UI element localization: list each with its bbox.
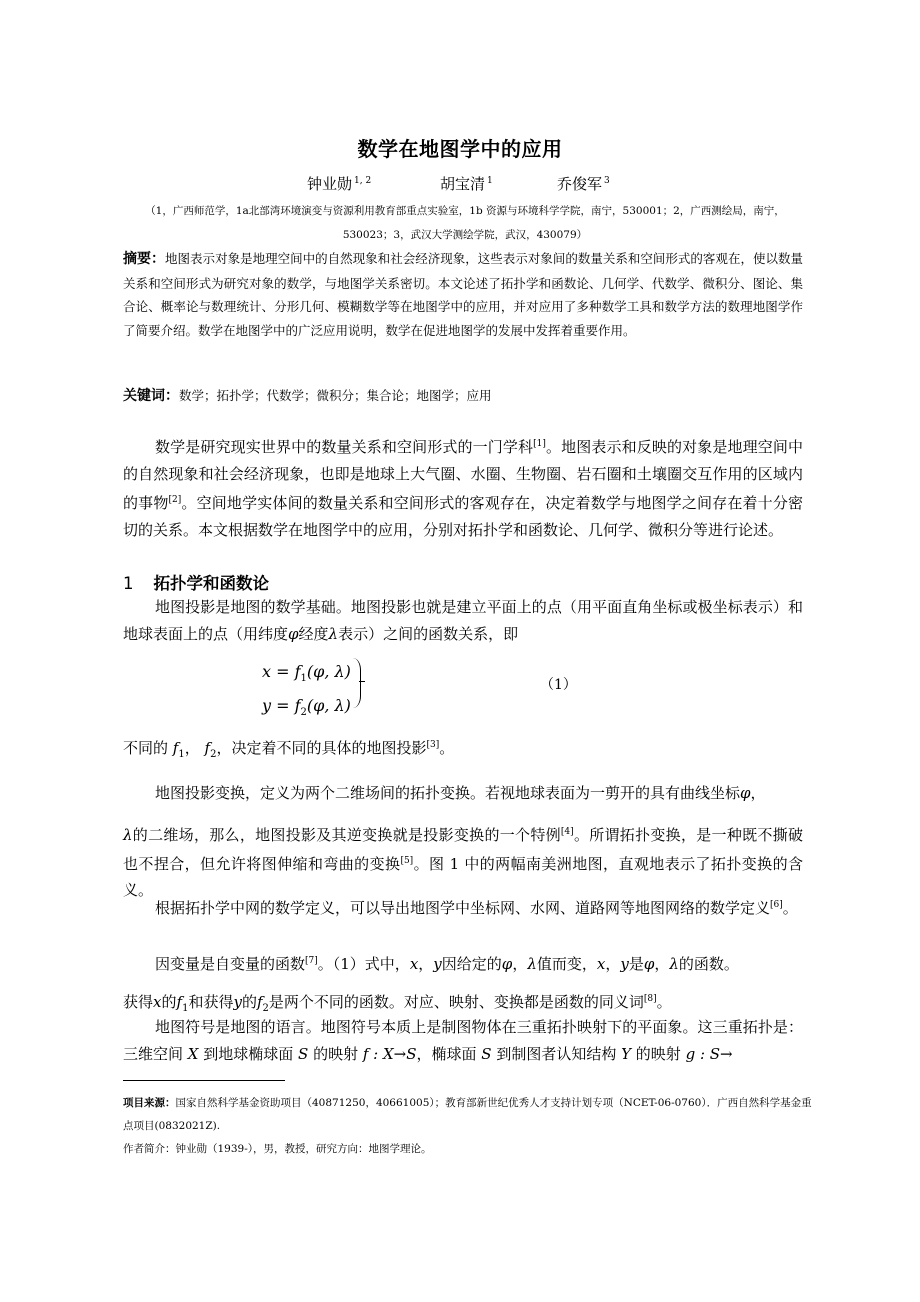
brace-tip <box>359 681 365 682</box>
footnote-author-bio: 作者简介：钟业勋（1939-），男，教授，研究方向：地图学理论。 <box>123 1138 813 1161</box>
footnote-divider <box>123 1080 285 1081</box>
document-page: 数学在地图学中的应用 钟业勋1, 2 胡宝清1 乔俊军3 （1，广西师范学，1a… <box>0 0 920 1302</box>
paragraph-topology: 地图投影变换，定义为两个二维场间的拓扑变换。若视地球表面为一剪开的具有曲线坐标φ… <box>123 780 803 903</box>
section-heading: 1拓扑学和函数论 <box>123 570 269 594</box>
paragraph-projection: 地图投影是地图的数学基础。地图投影也就是建立平面上的点（用平面直角坐标或极坐标表… <box>123 594 803 647</box>
citation[interactable]: [3] <box>426 740 439 750</box>
paragraph-symbols: 地图符号是地图的语言。地图符号本质上是制图物体在三重拓扑映射下的平面象。这三重拓… <box>123 1014 803 1067</box>
keywords-label: 关键词： <box>123 388 179 404</box>
citation[interactable]: [6] <box>770 900 783 910</box>
paragraph-network: 根据拓扑学中网的数学定义，可以导出地图学中坐标网、水网、道路网等地图网络的数学定… <box>123 892 803 922</box>
citation[interactable]: [5] <box>400 856 413 866</box>
funding-label: 项目来源： <box>123 1097 176 1109</box>
citation[interactable]: [7] <box>305 956 318 966</box>
affiliation-line-1: （1，广西师范学，1a北部湾环境演变与资源利用教育部重点实验室，1b 资源与环境… <box>115 199 815 223</box>
equation-1: x = f1(φ, λ) y = f2(φ, λ) <box>262 658 351 726</box>
author-list: 钟业勋1, 2 胡宝清1 乔俊军3 <box>0 173 920 195</box>
abstract-label: 摘要： <box>123 251 165 267</box>
section-title: 拓扑学和函数论 <box>154 574 270 593</box>
footnote-funding: 项目来源：国家自然科学基金资助项目（40871250，40661005）；教育部… <box>123 1092 813 1138</box>
affiliations: （1，广西师范学，1a北部湾环境演变与资源利用教育部重点实验室，1b 资源与环境… <box>115 199 815 247</box>
citation[interactable]: [4] <box>561 827 574 837</box>
author-1: 钟业勋1, 2 <box>307 173 371 194</box>
paragraph-different-f: 不同的 f1， f2，决定着不同的具体的地图投影[3]。 <box>123 732 803 769</box>
keywords: 关键词：数学；拓扑学；代数学；微积分；集合论；地图学；应用 <box>123 385 492 405</box>
paragraph-function: 因变量是自变量的函数[7]。（1）式中，x，y因给定的φ，λ值而变，x，y是φ，… <box>123 948 803 978</box>
equation-line-2: y = f2(φ, λ) <box>262 692 351 726</box>
author-3: 乔俊军3 <box>557 173 610 194</box>
affiliation-line-2: 530023；3，武汉大学测绘学院，武汉，430079） <box>115 223 815 247</box>
brace-icon <box>352 658 361 708</box>
citation[interactable]: [8] <box>644 994 657 1004</box>
section-number: 1 <box>123 574 134 593</box>
citation[interactable]: [2] <box>169 495 182 505</box>
keywords-text: 数学；拓扑学；代数学；微积分；集合论；地图学；应用 <box>179 388 492 403</box>
equation-number: （1） <box>540 674 577 694</box>
paper-title: 数学在地图学中的应用 <box>0 133 920 162</box>
intro-paragraph: 数学是研究现实世界中的数量关系和空间形式的一门学科[1]。地图表示和反映的对象是… <box>123 431 803 543</box>
author-2: 胡宝清1 <box>440 173 493 194</box>
abstract-text: 地图表示对象是地理空间中的自然现象和社会经济现象，这些表示对象间的数量关系和空间… <box>123 251 803 338</box>
equation-line-1: x = f1(φ, λ) <box>262 658 351 692</box>
funding-text: 国家自然科学基金资助项目（40871250，40661005）；教育部新世纪优秀… <box>123 1097 812 1132</box>
citation[interactable]: [1] <box>533 439 546 449</box>
abstract: 摘要：地图表示对象是地理空间中的自然现象和社会经济现象，这些表示对象间的数量关系… <box>123 247 803 342</box>
